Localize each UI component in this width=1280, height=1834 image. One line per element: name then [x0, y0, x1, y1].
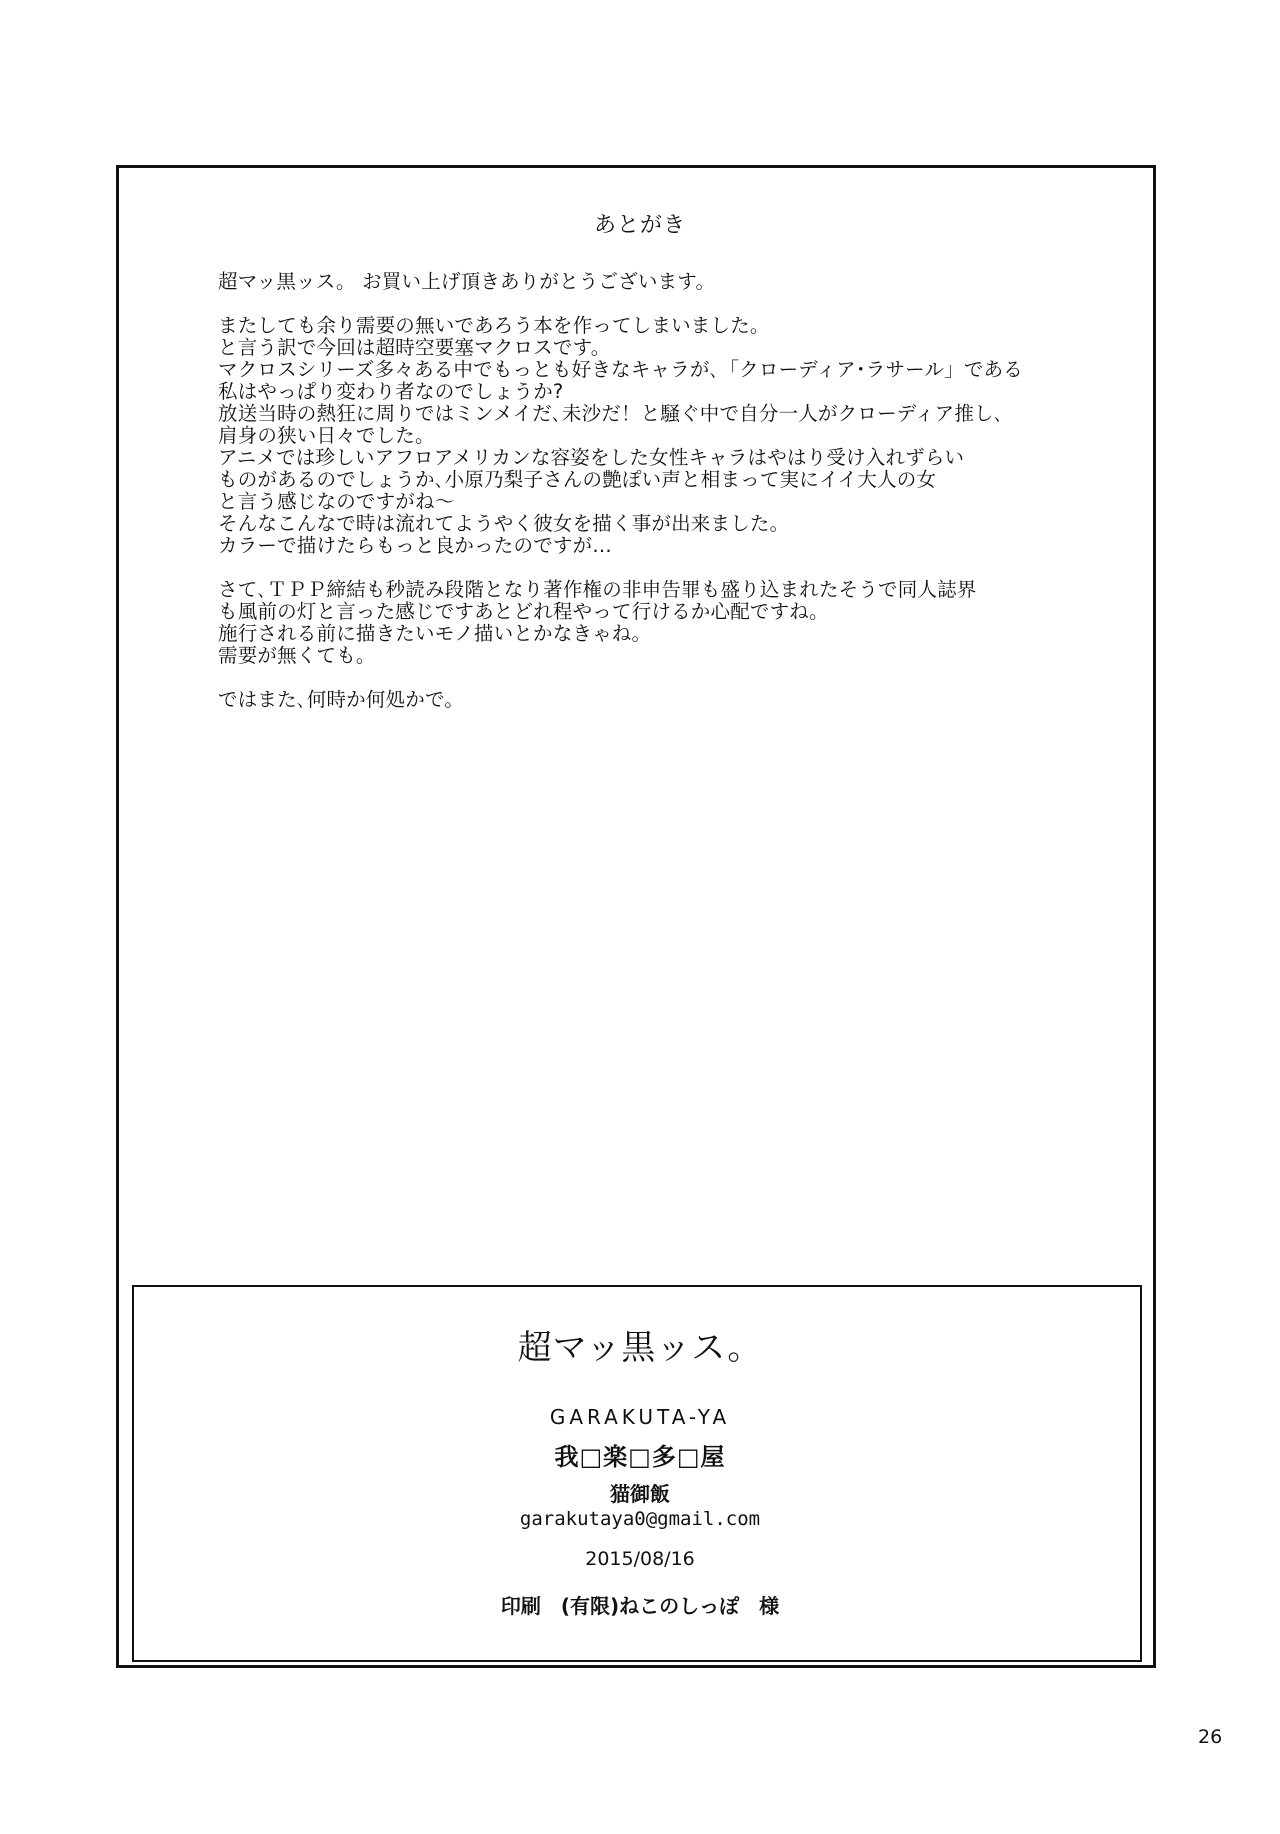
- text-line: 私はやっぱり変わり者なのでしょうか?: [218, 381, 1148, 403]
- page-number: 26: [1198, 1726, 1222, 1748]
- text-line: ものがあるのでしょうか､小原乃梨子さんの艶ぽい声と相まって実にイイ大人の女: [218, 469, 1148, 491]
- text-line: そんなこんなで時は流れてようやく彼女を描く事が出来ました。: [218, 513, 1148, 535]
- circle-name-latin: GARAKUTA-YA: [0, 1405, 1280, 1429]
- publication-date: 2015/08/16: [0, 1548, 1280, 1570]
- circle-name-kanji: 我□楽□多□屋: [0, 1437, 1280, 1472]
- paragraph-farewell: ではまた､何時か何処かで。: [218, 689, 1148, 711]
- printer-credit: 印刷 (有限)ねこのしっぽ 様: [0, 1590, 1280, 1619]
- text-line: さて､ＴＰＰ締結も秒読み段階となり著作権の非申告罪も盛り込まれたそうで同人誌界: [218, 579, 1148, 601]
- afterword-body: 超マッ黒ッス。 お買い上げ頂きありがとうございます。 またしても余り需要の無いで…: [218, 271, 1148, 733]
- text-line: と言う感じなのですがね～: [218, 491, 1148, 513]
- text-line: と言う訳で今回は超時空要塞マクロスです。: [218, 337, 1148, 359]
- text-line: 超マッ黒ッス。 お買い上げ頂きありがとうございます。: [218, 271, 1148, 293]
- text-line: アニメでは珍しいアフロアメリカンな容姿をした女性キャラはやはり受け入れずらい: [218, 447, 1148, 469]
- text-line: も風前の灯と言った感じですあとどれ程やって行けるか心配ですね。: [218, 601, 1148, 623]
- text-line: 需要が無くても。: [218, 645, 1148, 667]
- text-line: カラーで描けたらもっと良かったのですが…: [218, 535, 1148, 557]
- text-line: 施行される前に描きたいモノ描いとかなきゃね。: [218, 623, 1148, 645]
- paragraph-story: またしても余り需要の無いであろう本を作ってしまいました。 と言う訳で今回は超時空…: [218, 315, 1148, 557]
- text-line: 放送当時の熱狂に周りではミンメイだ､未沙だ！と騒ぐ中で自分一人がクローディア推し…: [218, 403, 1148, 425]
- afterword-heading: あとがき: [0, 208, 1280, 239]
- paragraph-tpp: さて､ＴＰＰ締結も秒読み段階となり著作権の非申告罪も盛り込まれたそうで同人誌界 …: [218, 579, 1148, 667]
- book-title: 超マッ黒ッス。: [0, 1320, 1280, 1369]
- text-line: 肩身の狭い日々でした。: [218, 425, 1148, 447]
- paragraph-greeting: 超マッ黒ッス。 お買い上げ頂きありがとうございます。: [218, 271, 1148, 293]
- text-line: ではまた､何時か何処かで。: [218, 689, 1148, 711]
- text-line: マクロスシリーズ多々ある中でもっとも好きなキャラが､「クローディア･ラサール」で…: [218, 359, 1148, 381]
- contact-email: garakutaya0@gmail.com: [0, 1508, 1280, 1530]
- author-name: 猫御飯: [0, 1478, 1280, 1507]
- text-line: またしても余り需要の無いであろう本を作ってしまいました。: [218, 315, 1148, 337]
